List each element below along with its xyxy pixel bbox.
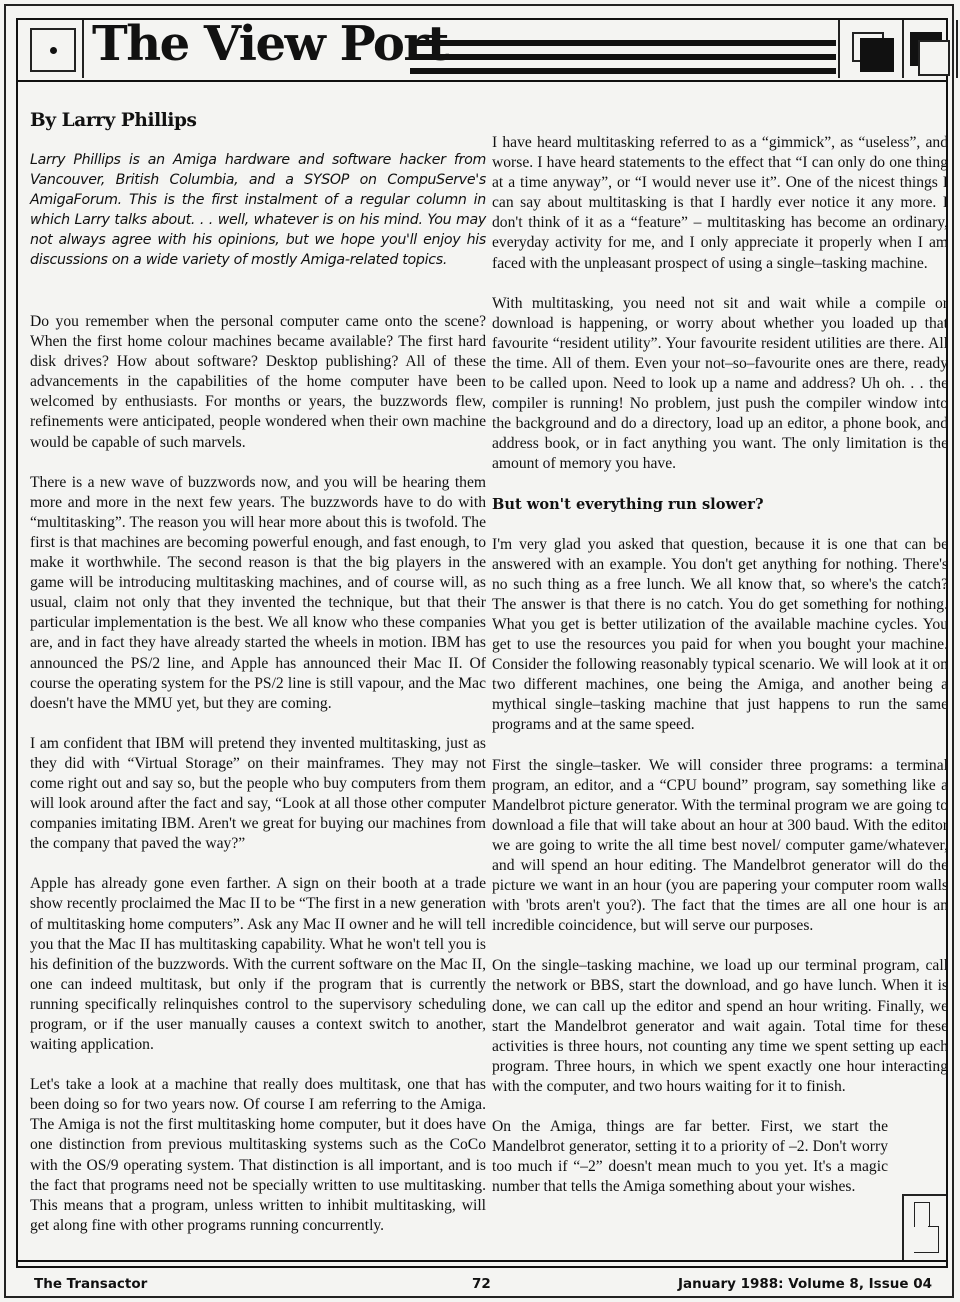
paragraph: On the Amiga, things are far better. Fir… (492, 1117, 888, 1197)
paragraph: First the single–tasker. We will conside… (492, 756, 948, 937)
publication-name: The Transactor (34, 1276, 147, 1292)
column-title: The View Port (92, 16, 448, 72)
divider (82, 20, 84, 78)
paragraph: Apple has already gone even farther. A s… (30, 874, 486, 1055)
continued-icon (902, 1194, 946, 1260)
paragraph: With multitasking, you need not sit and … (492, 294, 948, 475)
right-column: I have heard multitasking referred to as… (492, 133, 948, 1217)
paragraph: Do you remember when the personal comput… (30, 312, 486, 453)
window-front-filled-icon (860, 38, 894, 72)
article-frame: The View Port By Larry Phillips Larry Ph… (16, 18, 948, 1268)
paragraph: Let's take a look at a machine that real… (30, 1075, 486, 1236)
issue-info: January 1988: Volume 8, Issue 04 (678, 1276, 932, 1292)
page-footer: The Transactor 72 January 1988: Volume 8… (20, 1272, 950, 1296)
masthead: The View Port (18, 20, 946, 82)
paragraph: I am confident that IBM will pretend the… (30, 734, 486, 855)
subheading: But won't everything run slower? (492, 495, 948, 515)
paragraph: I'm very glad you asked that question, b… (492, 535, 948, 736)
window-front-outline-icon (918, 40, 950, 76)
paragraph: On the single–tasking machine, we load u… (492, 956, 948, 1097)
paragraph: I have heard multitasking referred to as… (492, 133, 948, 274)
left-column: Do you remember when the personal comput… (30, 312, 486, 1256)
window-icons (838, 20, 948, 78)
article-body: By Larry Phillips Larry Phillips is an A… (18, 80, 946, 1262)
byline: By Larry Phillips (30, 110, 197, 131)
page-border: The View Port By Larry Phillips Larry Ph… (4, 4, 954, 1298)
page-number: 72 (472, 1276, 491, 1292)
paragraph: There is a new wave of buzzwords now, an… (30, 473, 486, 714)
author-intro: Larry Phillips is an Amiga hardware and … (30, 150, 486, 271)
dot-box-icon (30, 28, 76, 72)
title-bars-decoration (410, 40, 836, 74)
